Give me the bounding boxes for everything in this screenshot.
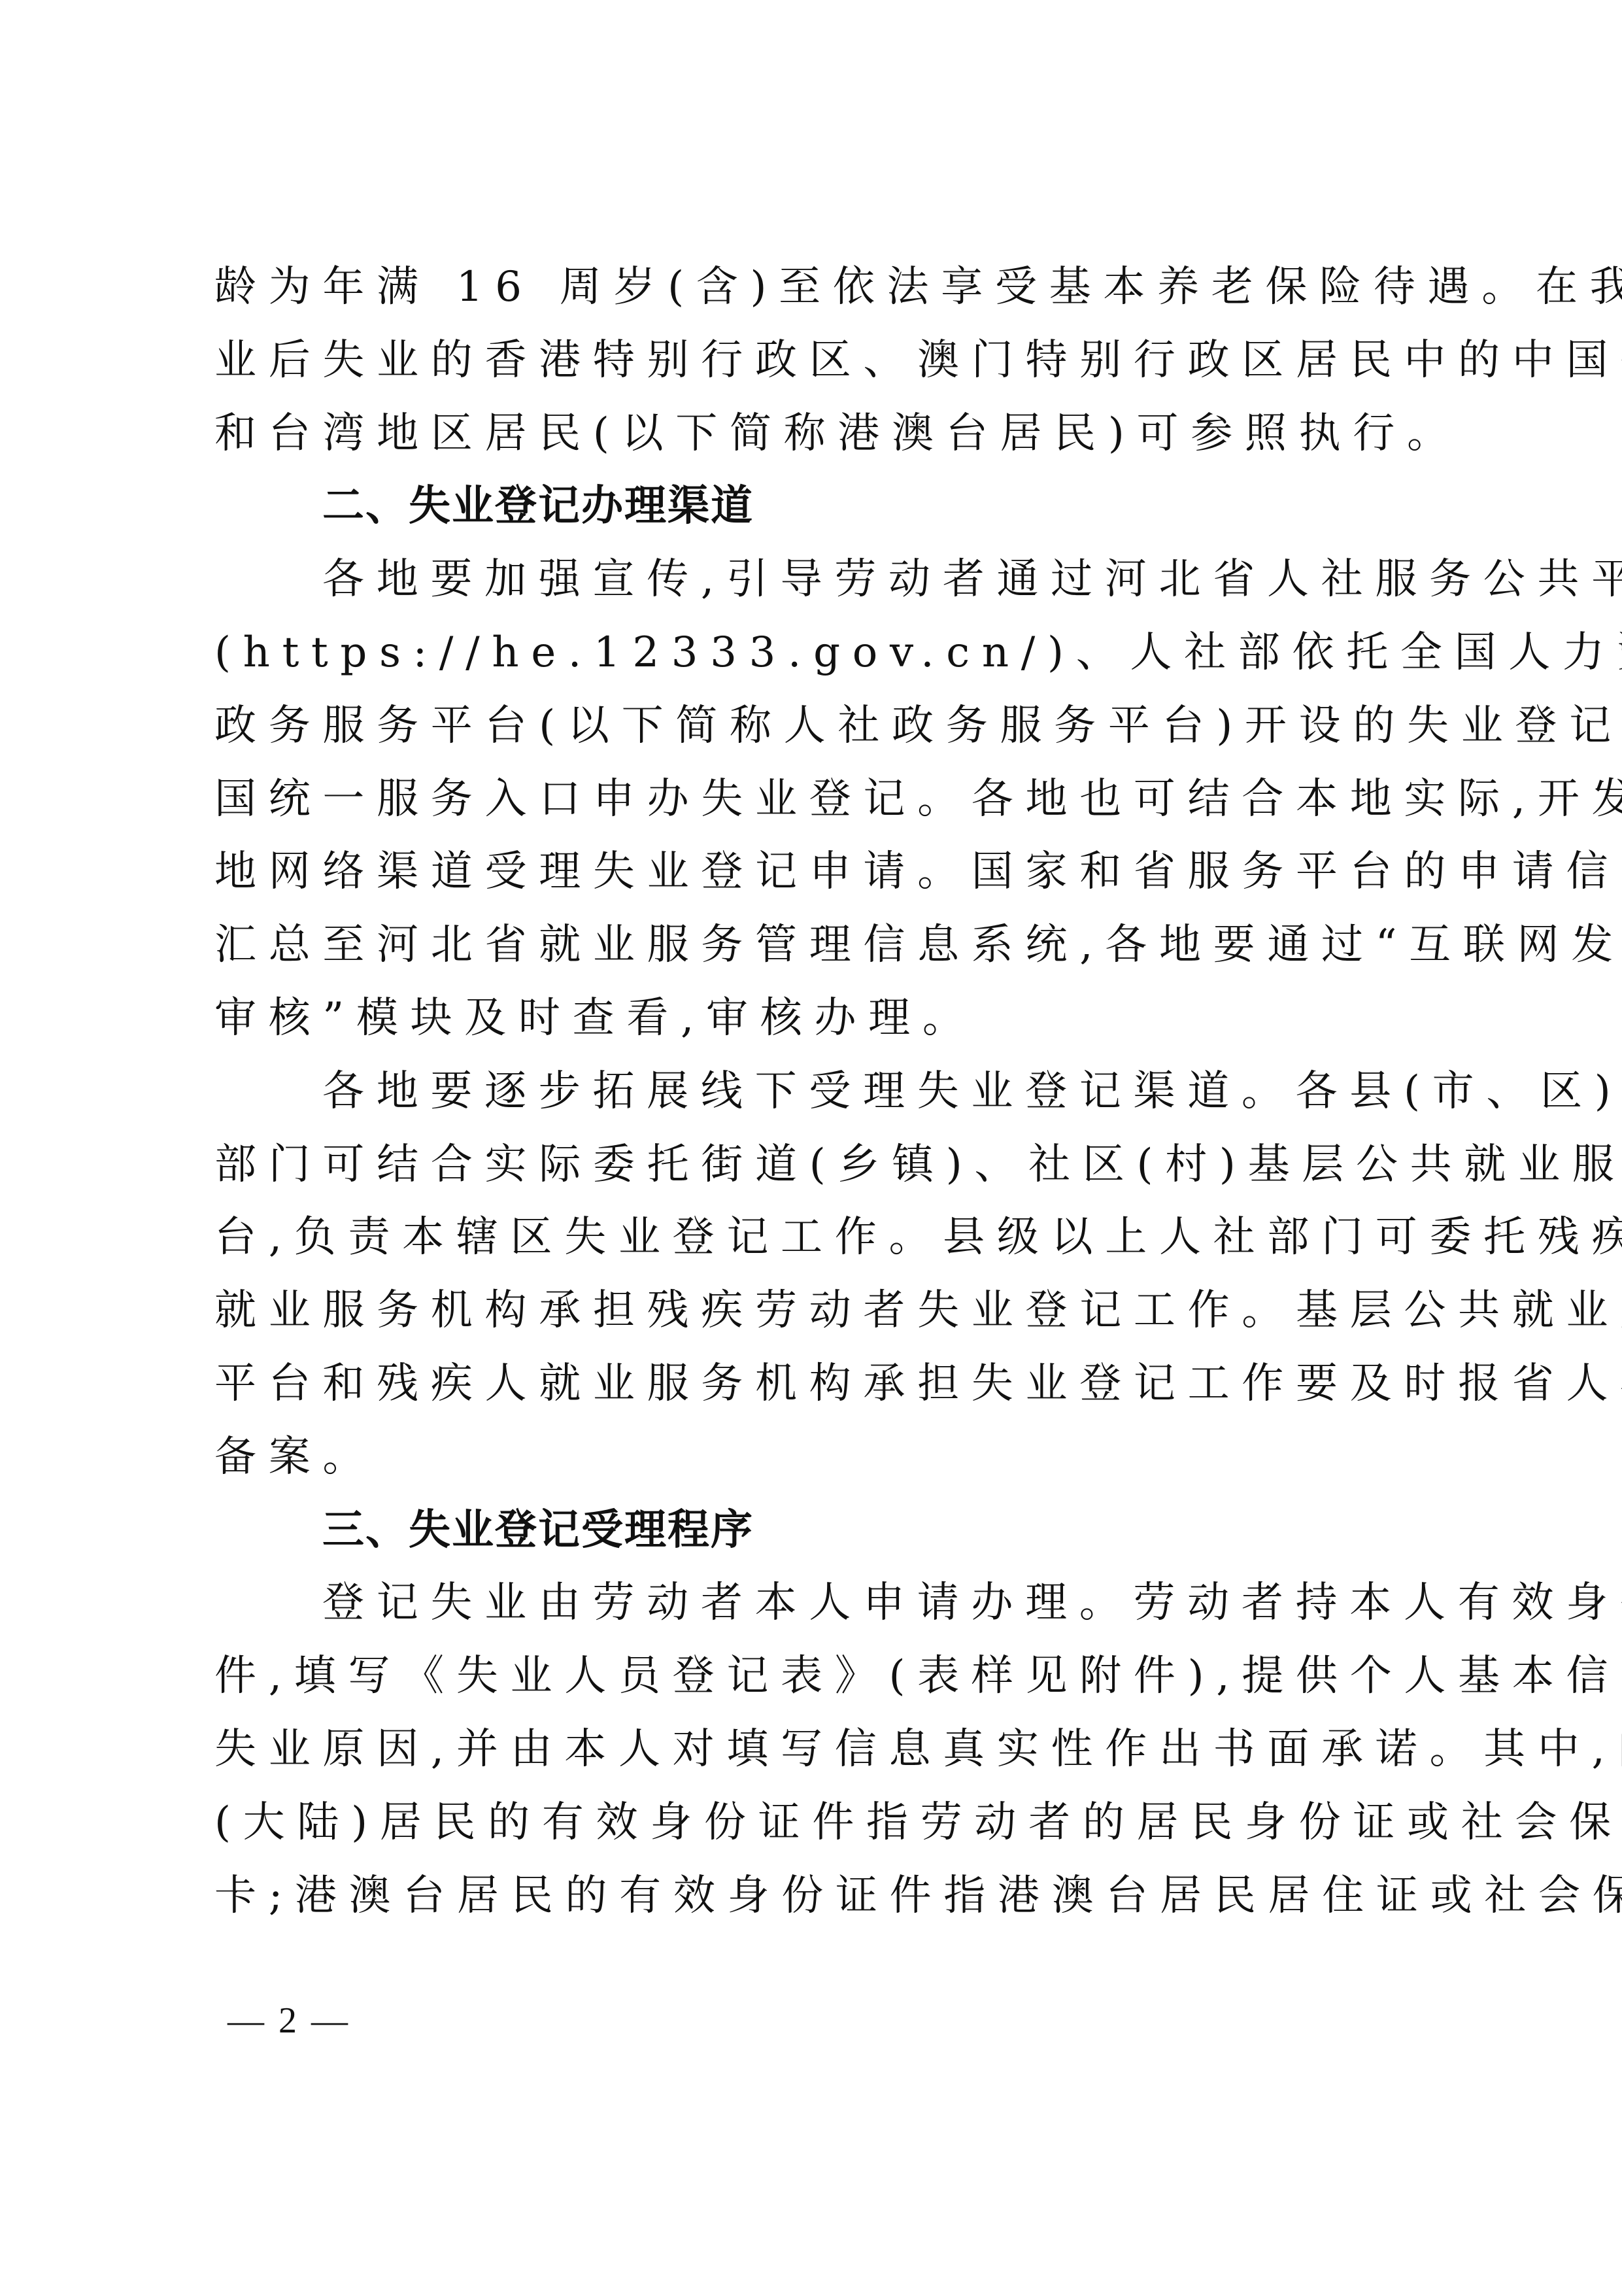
paragraph-line: 卡;港澳台居民的有效身份证件指港澳台居民居住证或社会保障 (214, 1860, 1411, 1933)
paragraph-line: 平台和残疾人就业服务机构承担失业登记工作要及时报省人社厅 (214, 1348, 1411, 1421)
paragraph-line-url: (https://he.12333.gov.cn/)、人社部依托全国人力资源社会… (214, 617, 1411, 690)
section-heading-2: 二、失业登记办理渠道 (214, 470, 1411, 543)
paragraph-line: 业后失业的香港特别行政区、澳门特别行政区居民中的中国公民 (214, 324, 1411, 398)
paragraph-line: 失业原因,并由本人对填写信息真实性作出书面承诺。其中,内地 (214, 1713, 1411, 1787)
paragraph-line: 国统一服务入口申办失业登记。各地也可结合本地实际,开发本 (214, 763, 1411, 836)
section-heading-3: 三、失业登记受理程序 (214, 1494, 1411, 1568)
paragraph-line: 政务服务平台(以下简称人社政务服务平台)开设的失业登记全 (214, 690, 1411, 763)
paragraph-line: 龄为年满 16 周岁(含)至依法享受基本养老保险待遇。在我省就 (214, 251, 1411, 324)
paragraph-line: 就业服务机构承担残疾劳动者失业登记工作。基层公共就业服务 (214, 1275, 1411, 1348)
paragraph-line: 各地要加强宣传,引导劳动者通过河北省人社服务公共平台 (214, 543, 1411, 617)
paragraph-line: 地网络渠道受理失业登记申请。国家和省服务平台的申请信息将 (214, 836, 1411, 909)
paragraph-line: 备案。 (214, 1421, 1411, 1494)
paragraph-line: 审核”模块及时查看,审核办理。 (214, 982, 1411, 1055)
paragraph-line: 件,填写《失业人员登记表》(表样见附件),提供个人基本信息和 (214, 1640, 1411, 1713)
page-number: — 2 — (228, 2000, 350, 2042)
document-body: 龄为年满 16 周岁(含)至依法享受基本养老保险待遇。在我省就 业后失业的香港特… (214, 251, 1411, 1932)
document-page: 龄为年满 16 周岁(含)至依法享受基本养老保险待遇。在我省就 业后失业的香港特… (0, 0, 1622, 2296)
paragraph-line: 台,负责本辖区失业登记工作。县级以上人社部门可委托残疾人 (214, 1201, 1411, 1275)
paragraph-line: 汇总至河北省就业服务管理信息系统,各地要通过“互联网发证 (214, 909, 1411, 982)
paragraph-line: (大陆)居民的有效身份证件指劳动者的居民身份证或社会保障 (214, 1787, 1411, 1860)
paragraph-line: 部门可结合实际委托街道(乡镇)、社区(村)基层公共就业服务平 (214, 1129, 1411, 1202)
paragraph-line: 登记失业由劳动者本人申请办理。劳动者持本人有效身份证 (214, 1567, 1411, 1640)
paragraph-line: 和台湾地区居民(以下简称港澳台居民)可参照执行。 (214, 398, 1411, 471)
paragraph-line: 各地要逐步拓展线下受理失业登记渠道。各县(市、区)人社 (214, 1055, 1411, 1129)
